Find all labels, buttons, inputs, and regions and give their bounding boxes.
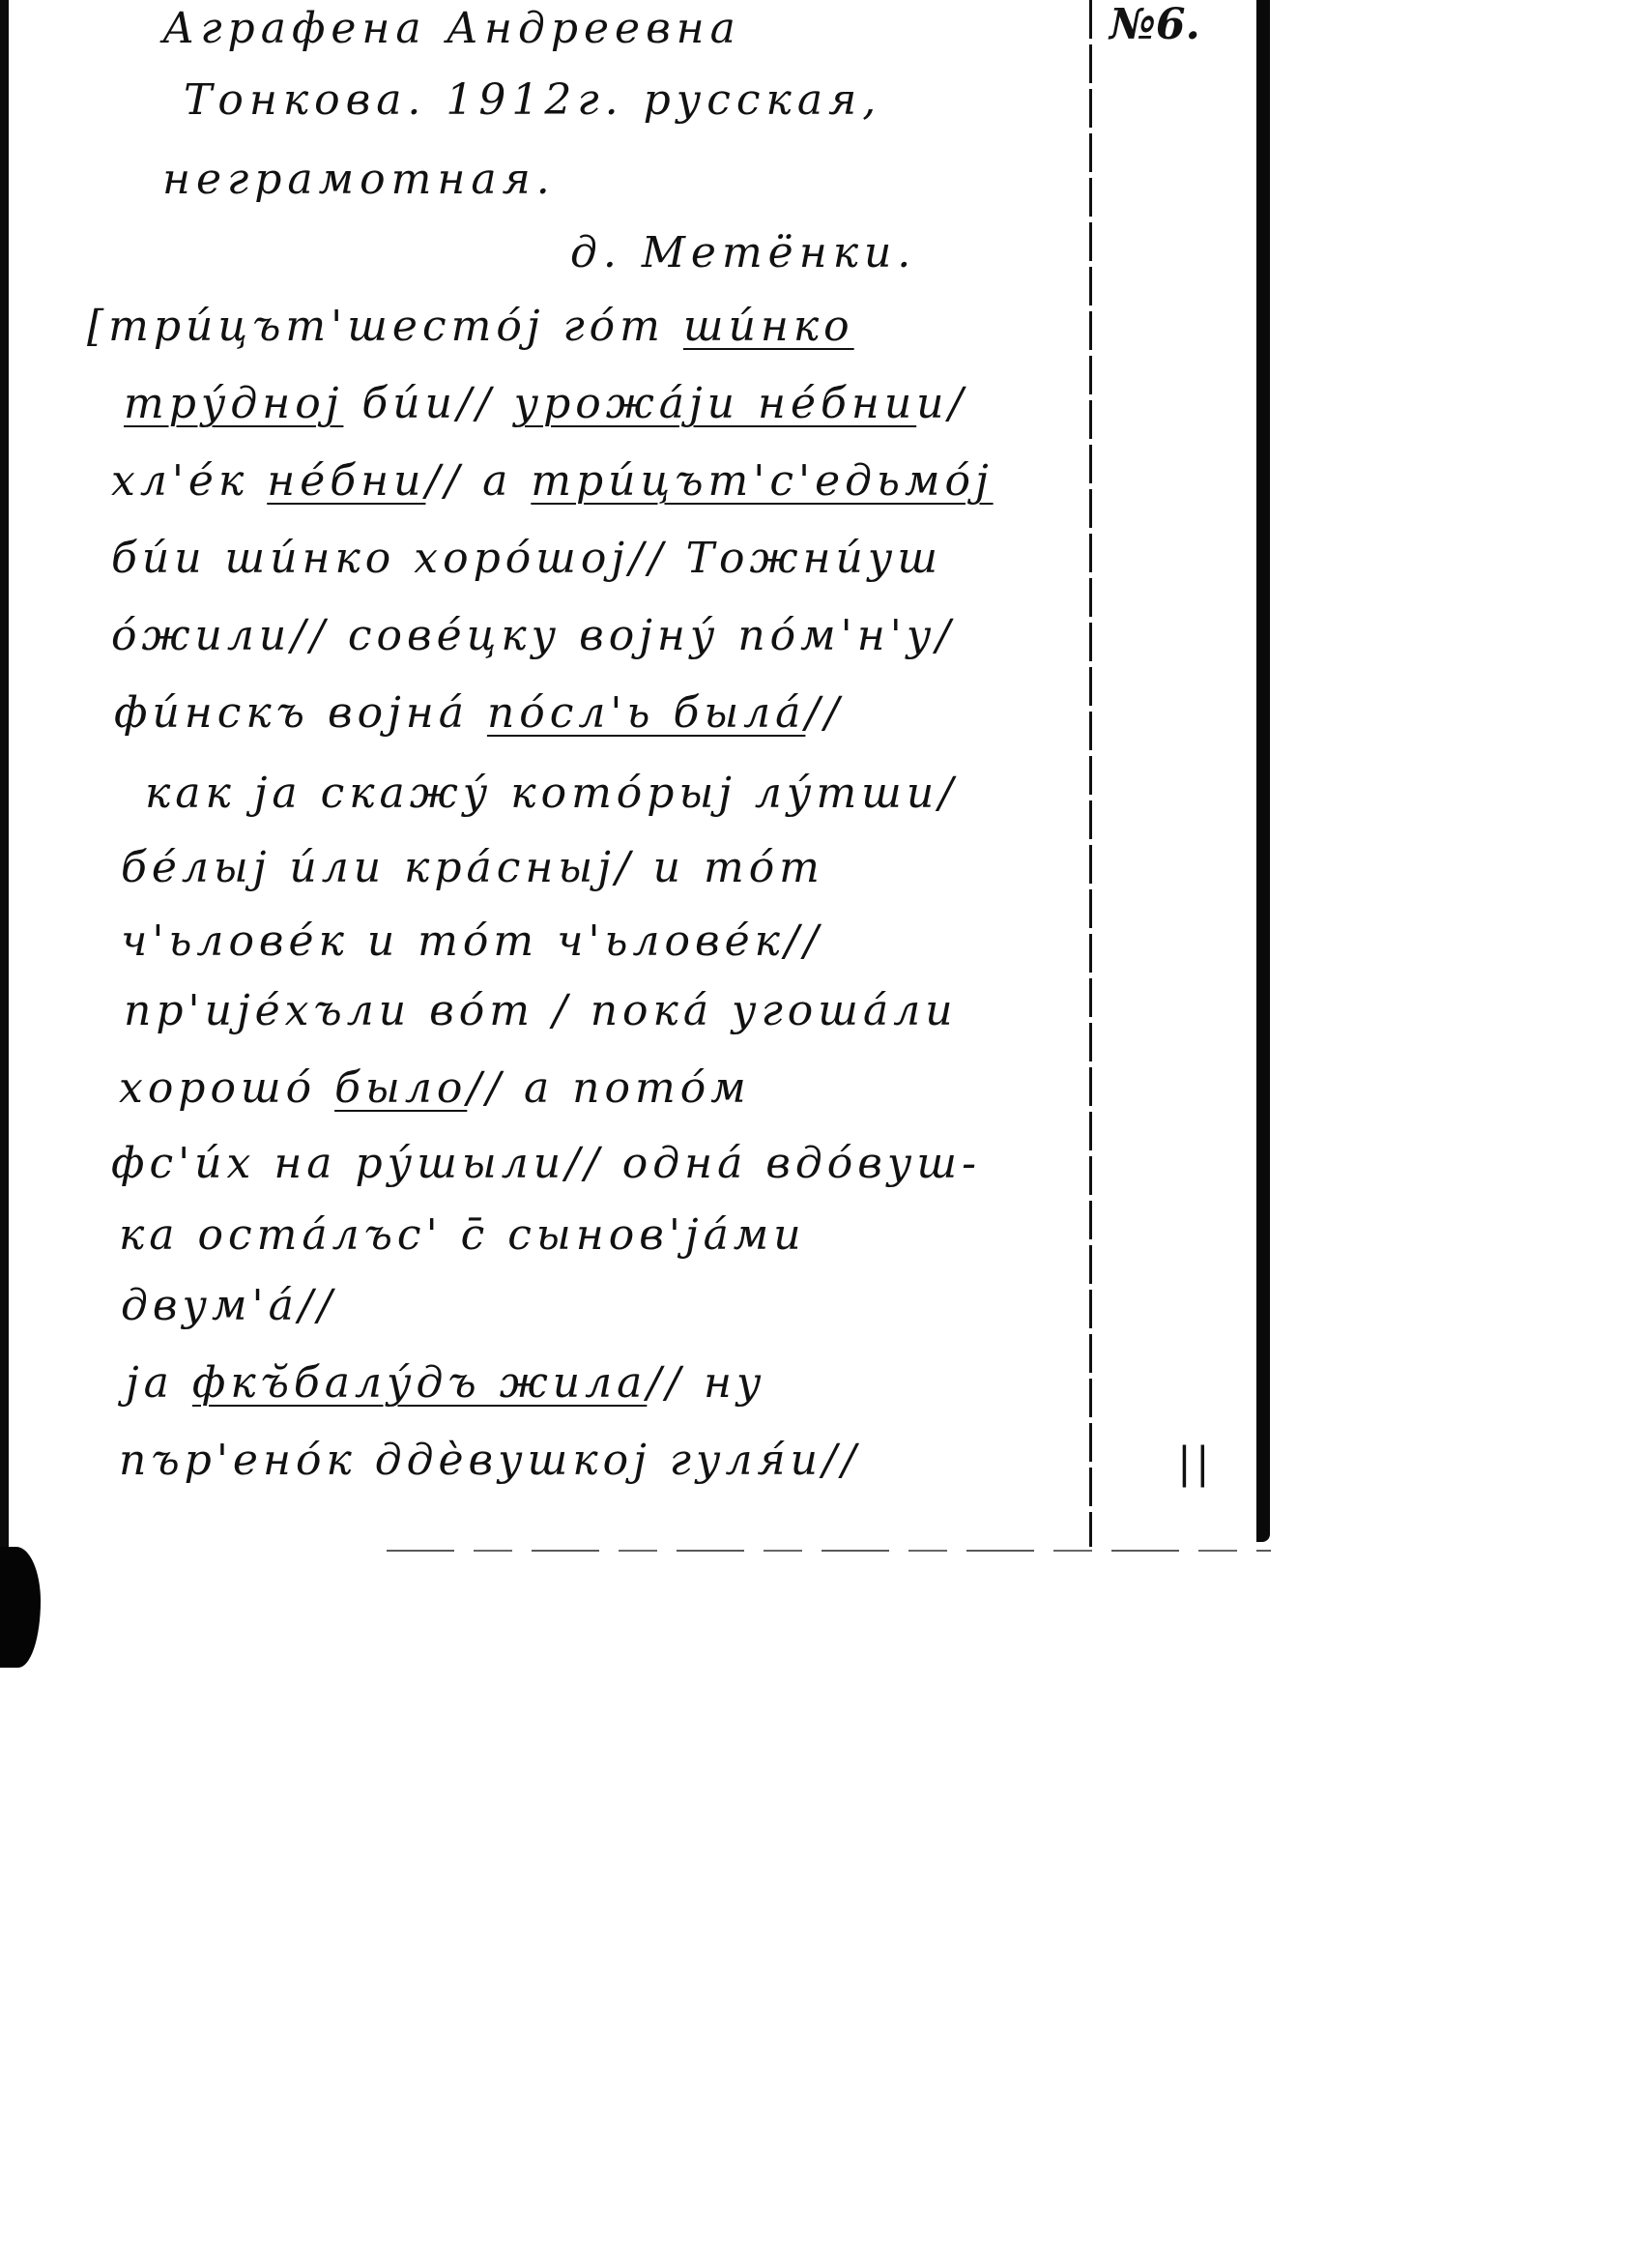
transcript-line: хл'е́к не́бни// а три́цът'с'едьмо́ј: [111, 456, 994, 506]
informant-name: Аграфена Андреевна: [162, 4, 741, 53]
transcript-line: ка оста́лъс' с̄ сынов'ја́ми: [119, 1210, 806, 1260]
text-span: // а пото́м: [467, 1063, 750, 1113]
transcript-line: фи́нскъ војна́ по́сл'ь была́//: [114, 688, 844, 738]
underlined-span: урожа́ји не́бни: [514, 379, 917, 428]
margin-end-mark: ||: [1177, 1439, 1214, 1488]
text-span: // ну: [647, 1358, 765, 1408]
informant-literacy: неграмотная.: [162, 155, 556, 204]
transcript-line: ч'ьлове́к и то́т ч'ьлове́к//: [121, 916, 823, 966]
card-bottom-border: [387, 1550, 1271, 1552]
text-span: //: [805, 688, 844, 738]
transcript-line: хорошо́ было// а пото́м: [119, 1063, 751, 1113]
informant-surname-year-nationality: Тонкова. 1912г. русская,: [184, 75, 881, 125]
text-span: бе́лыј и́ли кра́сныј/ и то́т: [121, 843, 824, 892]
transcript-line: ја фкъ̆балу́дъ жила// ну: [126, 1358, 765, 1408]
informant-village: д. Метёнки.: [570, 228, 916, 277]
scan-ink-blot: [0, 1547, 41, 1668]
text-span: ја: [126, 1358, 192, 1408]
text-span: [три́цът'шесто́ј го́т: [87, 302, 683, 351]
text-span: пр'ије́хъли во́т / пока́ угоша́ли: [124, 986, 958, 1035]
text-span: фи́нскъ војна́: [114, 688, 487, 738]
underlined-span: тру́дној: [124, 379, 343, 428]
transcript-line: о́жили// сове́цку војну́ по́м'н'у/: [111, 611, 955, 660]
text-span: о́жили// сове́цку војну́ по́м'н'у/: [111, 611, 955, 660]
text-span: би́и ши́нко хоро́шој// Тожни́уш: [111, 534, 942, 583]
text-span: фс'и́х на ру́шыли// одна́ вдо́вуш-: [111, 1139, 981, 1188]
text-span: пър'ено́к ддѐвушкој гуля́и//: [119, 1436, 861, 1485]
transcript-line: [три́цът'шесто́ј го́т ши́нко: [87, 302, 854, 351]
underlined-span: не́бни: [267, 456, 425, 506]
card-right-border: [1256, 0, 1270, 1542]
scan-left-edge: [0, 0, 9, 1585]
text-span: хл'е́к: [111, 456, 267, 506]
text-span: ка оста́лъс' с̄ сынов'ја́ми: [119, 1210, 806, 1260]
text-span: би́и//: [343, 379, 513, 428]
text-span: и/: [916, 379, 967, 428]
transcript-line: фс'и́х на ру́шыли// одна́ вдо́вуш-: [111, 1139, 981, 1188]
transcript-line: би́и ши́нко хоро́шој// Тожни́уш: [111, 534, 942, 583]
text-span: ч'ьлове́к и то́т ч'ьлове́к//: [121, 916, 823, 966]
text-span: // а: [425, 456, 531, 506]
text-span: хорошо́: [119, 1063, 334, 1113]
underlined-span: было: [334, 1063, 467, 1113]
underlined-span: ши́нко: [683, 302, 854, 351]
card-number: №6.: [1110, 0, 1200, 49]
transcript-line: двум'а́//: [121, 1281, 336, 1330]
underlined-span: фкъ̆балу́дъ жила: [192, 1358, 647, 1408]
transcript-line: тру́дној би́и// урожа́ји не́бнии/: [124, 379, 967, 428]
text-span: как ја скажу́ кото́рыј лу́тши/: [145, 769, 958, 818]
transcript-line: как ја скажу́ кото́рыј лу́тши/: [145, 769, 958, 818]
transcript-line: пър'ено́к ддѐвушкој гуля́и//: [119, 1436, 861, 1485]
transcript-line: бе́лыј и́ли кра́сныј/ и то́т: [121, 843, 824, 892]
transcript-line: пр'ије́хъли во́т / пока́ угоша́ли: [124, 986, 958, 1035]
card-margin-line: [1089, 0, 1092, 1547]
underlined-span: три́цът'с'едьмо́ј: [531, 456, 993, 506]
underlined-span: по́сл'ь была́: [487, 688, 805, 738]
text-span: двум'а́//: [121, 1281, 336, 1330]
